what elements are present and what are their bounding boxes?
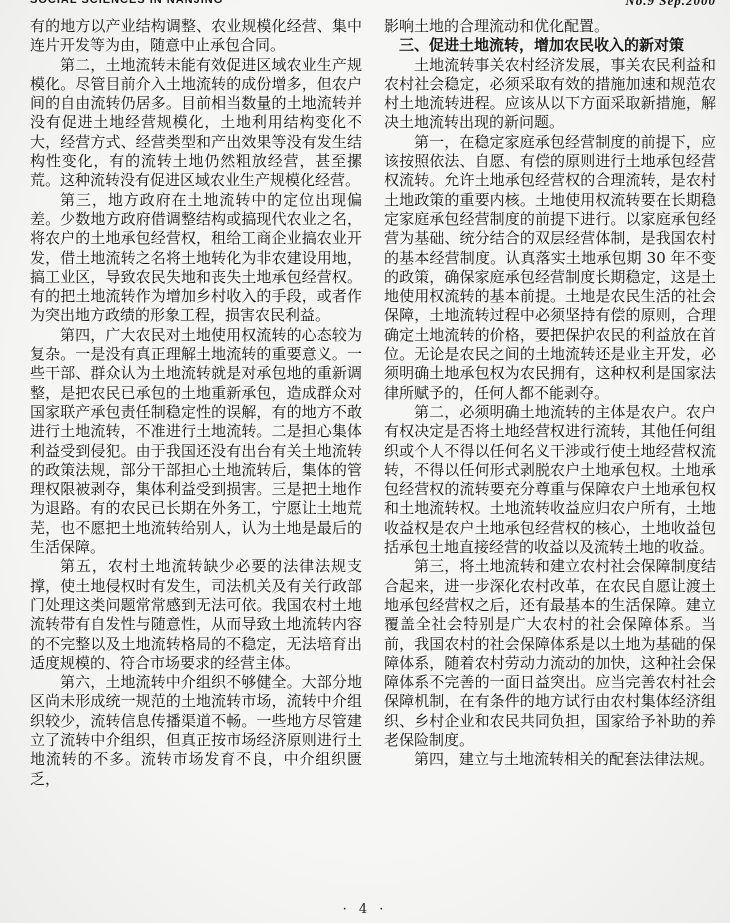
paragraph: 第三，将土地流转和建立农村社会保障制度结合起来，进一步深化农村改革，在农民自愿让… [384, 557, 716, 750]
paragraph: 第四，广大农民对土地使用权流转的心态较为复杂。一是没有真正理解土地流转的重要意义… [30, 326, 362, 558]
paragraph: 第一，在稳定家庭承包经营制度的前提下，应该按照依法、自愿、有偿的原则进行土地承包… [384, 133, 716, 403]
masthead: SOCIAL SCIENCES IN NANJING No.9 Sep.2000 [0, 0, 730, 8]
page-number: · 4 · [0, 902, 730, 917]
section-heading: 三、促进土地流转，增加农民收入的新对策 [384, 36, 716, 55]
paragraph: 第三，地方政府在土地流转中的定位出现偏差。少数地方政府借调整结构或搞现代农业之名… [30, 191, 362, 326]
paragraph: 第五，农村土地流转缺少必要的法律法规支撑，使土地侵权时有发生，司法机关及有关行政… [30, 557, 362, 673]
article-body: 有的地方以产业结构调整、农业规模化经营、集中连片开发等为由，随意中止承包合同。 … [0, 8, 730, 895]
paragraph: 土地流转事关农村经济发展，事关农民利益和农村社会稳定，必须采取有效的措施加速和规… [384, 56, 716, 133]
masthead-issue-info: No.9 Sep.2000 [625, 0, 716, 1]
paragraph: 第二，土地流转未能有效促进区域农业生产规模化。尽管目前介入土地流转的成份增多，但… [30, 56, 362, 191]
masthead-journal-name: SOCIAL SCIENCES IN NANJING [30, 0, 223, 2]
paragraph: 有的地方以产业结构调整、农业规模化经营、集中连片开发等为由，随意中止承包合同。 [30, 17, 362, 56]
right-column: 影响土地的合理流动和优化配置。 三、促进土地流转，增加农民收入的新对策 土地流转… [384, 17, 716, 895]
paragraph: 第四，建立与土地流转相关的配套法律法规。 [384, 750, 716, 769]
journal-page: SOCIAL SCIENCES IN NANJING No.9 Sep.2000… [0, 0, 730, 923]
paragraph: 第二，必须明确土地流转的主体是农户。农户有权决定是否将土地经营权进行流转，其他任… [384, 403, 716, 557]
left-column: 有的地方以产业结构调整、农业规模化经营、集中连片开发等为由，随意中止承包合同。 … [30, 17, 362, 895]
paragraph: 第六，土地流转中介组织不够健全。大部分地区尚未形成统一规范的土地流转市场，流转中… [30, 673, 362, 789]
paragraph: 影响土地的合理流动和优化配置。 [384, 17, 716, 36]
